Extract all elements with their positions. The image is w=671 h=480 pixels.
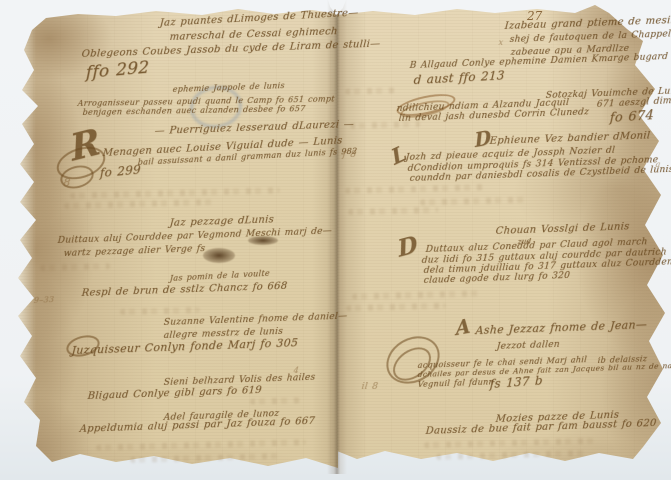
handwriting-line: Chouan Vosslgi de Lunis: [495, 221, 630, 237]
handwriting-line: Vegnuil fal fdunn: [417, 377, 494, 389]
handwriting-line: 4: [293, 366, 299, 375]
handwriting-line: d aust ffo 213: [413, 68, 505, 87]
handwriting-line: Bligaud Conlye gibl gars fo 619: [87, 385, 262, 402]
handwriting-layer: Jaz puantes dLimoges de Thuestre—maresch…: [0, 0, 671, 480]
handwriting-line: D: [396, 231, 420, 263]
handwriting-line: wartz pezzage alier Verge fs: [63, 244, 205, 259]
handwriting-line: Jas pomin de la voulte: [170, 269, 271, 283]
handwriting-line: Jaz pezzage dLunis: [169, 214, 274, 229]
handwriting-line: x: [498, 38, 504, 47]
handwriting-line: Jezzot dallen: [496, 340, 560, 352]
manuscript-scan: 27 Jaz puantes dLimoges de Thuestre—mare…: [0, 0, 671, 480]
handwriting-line: Oblegeons Coubes Jassob du cyde de Liram…: [81, 39, 380, 60]
handwriting-line: 9–33: [34, 295, 55, 305]
handwriting-line: Ephieune Vez bandier dMonil: [489, 130, 650, 147]
handwriting-line: D: [474, 127, 492, 152]
handwriting-line: fs 137 b: [490, 373, 544, 391]
handwriting-line: R: [68, 121, 103, 170]
handwriting-line: fo 674: [609, 108, 654, 126]
handwriting-line: ephemie Jappole de lunis: [172, 81, 285, 94]
handwriting-line: Respl de brun de sstlz Chancz fo 668: [81, 281, 288, 299]
handwriting-line: il 8: [361, 382, 379, 392]
handwriting-line: fo 299: [100, 162, 141, 180]
handwriting-line: 8: [63, 176, 72, 189]
handwriting-line: A: [455, 315, 471, 340]
handwriting-line: L: [388, 140, 410, 170]
handwriting-line: Suzanne Valentine fnome de daniel—: [163, 312, 347, 328]
handwriting-line: Juzquisseur Conlyn fonde Marj fo 305: [71, 336, 299, 357]
handwriting-line: Ashe Jezzaz fnome de Jean—: [475, 318, 647, 337]
handwriting-line: ffo 292: [86, 57, 150, 83]
handwriting-line: Duittaux aluj Courddee par Vegmond Mesch…: [57, 226, 332, 246]
handwriting-line: — Puerriguiez lesseraud dLaurezi —: [154, 119, 354, 137]
handwriting-line: f 8: [342, 150, 357, 160]
